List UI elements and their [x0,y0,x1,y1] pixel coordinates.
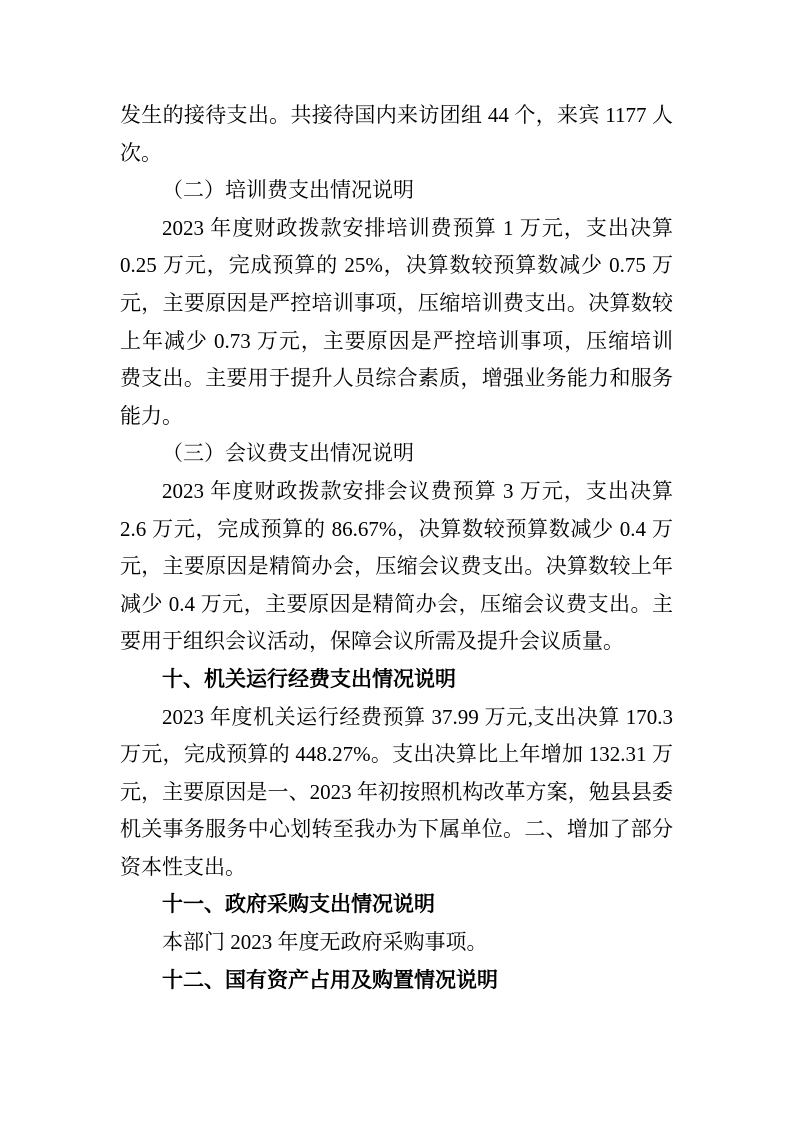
paragraph-line: 减少 0.4 万元，主要原因是精简办会，压缩会议费支出。主 [120,586,673,624]
paragraph-line: 2023 年度财政拨款安排培训费预算 1 万元，支出决算 [120,210,673,248]
paragraph-line: 费支出。主要用于提升人员综合素质，增强业务能力和服务 [120,360,673,398]
section-heading: 十二、国有资产占用及购置情况说明 [120,962,673,1000]
paragraph-line: 0.25 万元，完成预算的 25%，决算数较预算数减少 0.75 万 [120,247,673,285]
paragraph-line: （三）会议费支出情况说明 [120,435,673,473]
paragraph-line: 能力。 [120,398,673,436]
document-body: 发生的接待支出。共接待国内来访团组 44 个，来宾 1177 人次。（二）培训费… [120,97,673,999]
paragraph-line: 2023 年度机关运行经费预算 37.99 万元,支出决算 170.3 [120,699,673,737]
paragraph-line: 发生的接待支出。共接待国内来访团组 44 个，来宾 1177 人 [120,97,673,135]
paragraph-line: 次。 [120,135,673,173]
paragraph-line: 元，主要原因是严控培训事项，压缩培训费支出。决算数较 [120,285,673,323]
paragraph-line: 2.6 万元，完成预算的 86.67%，决算数较预算数减少 0.4 万 [120,511,673,549]
paragraph-line: 本部门 2023 年度无政府采购事项。 [120,924,673,962]
paragraph-line: 上年减少 0.73 万元，主要原因是严控培训事项，压缩培训 [120,323,673,361]
paragraph-line: 2023 年度财政拨款安排会议费预算 3 万元，支出决算 [120,473,673,511]
document-page: 发生的接待支出。共接待国内来访团组 44 个，来宾 1177 人次。（二）培训费… [0,0,793,1122]
paragraph-line: 万元，完成预算的 448.27%。支出决算比上年增加 132.31 万 [120,736,673,774]
section-heading: 十一、政府采购支出情况说明 [120,886,673,924]
paragraph-line: 元，主要原因是一、2023 年初按照机构改革方案，勉县县委 [120,774,673,812]
section-heading: 十、机关运行经费支出情况说明 [120,661,673,699]
paragraph-line: 要用于组织会议活动，保障会议所需及提升会议质量。 [120,623,673,661]
paragraph-line: （二）培训费支出情况说明 [120,172,673,210]
paragraph-line: 机关事务服务中心划转至我办为下属单位。二、增加了部分 [120,811,673,849]
paragraph-line: 元，主要原因是精简办会，压缩会议费支出。决算数较上年 [120,548,673,586]
paragraph-line: 资本性支出。 [120,849,673,887]
